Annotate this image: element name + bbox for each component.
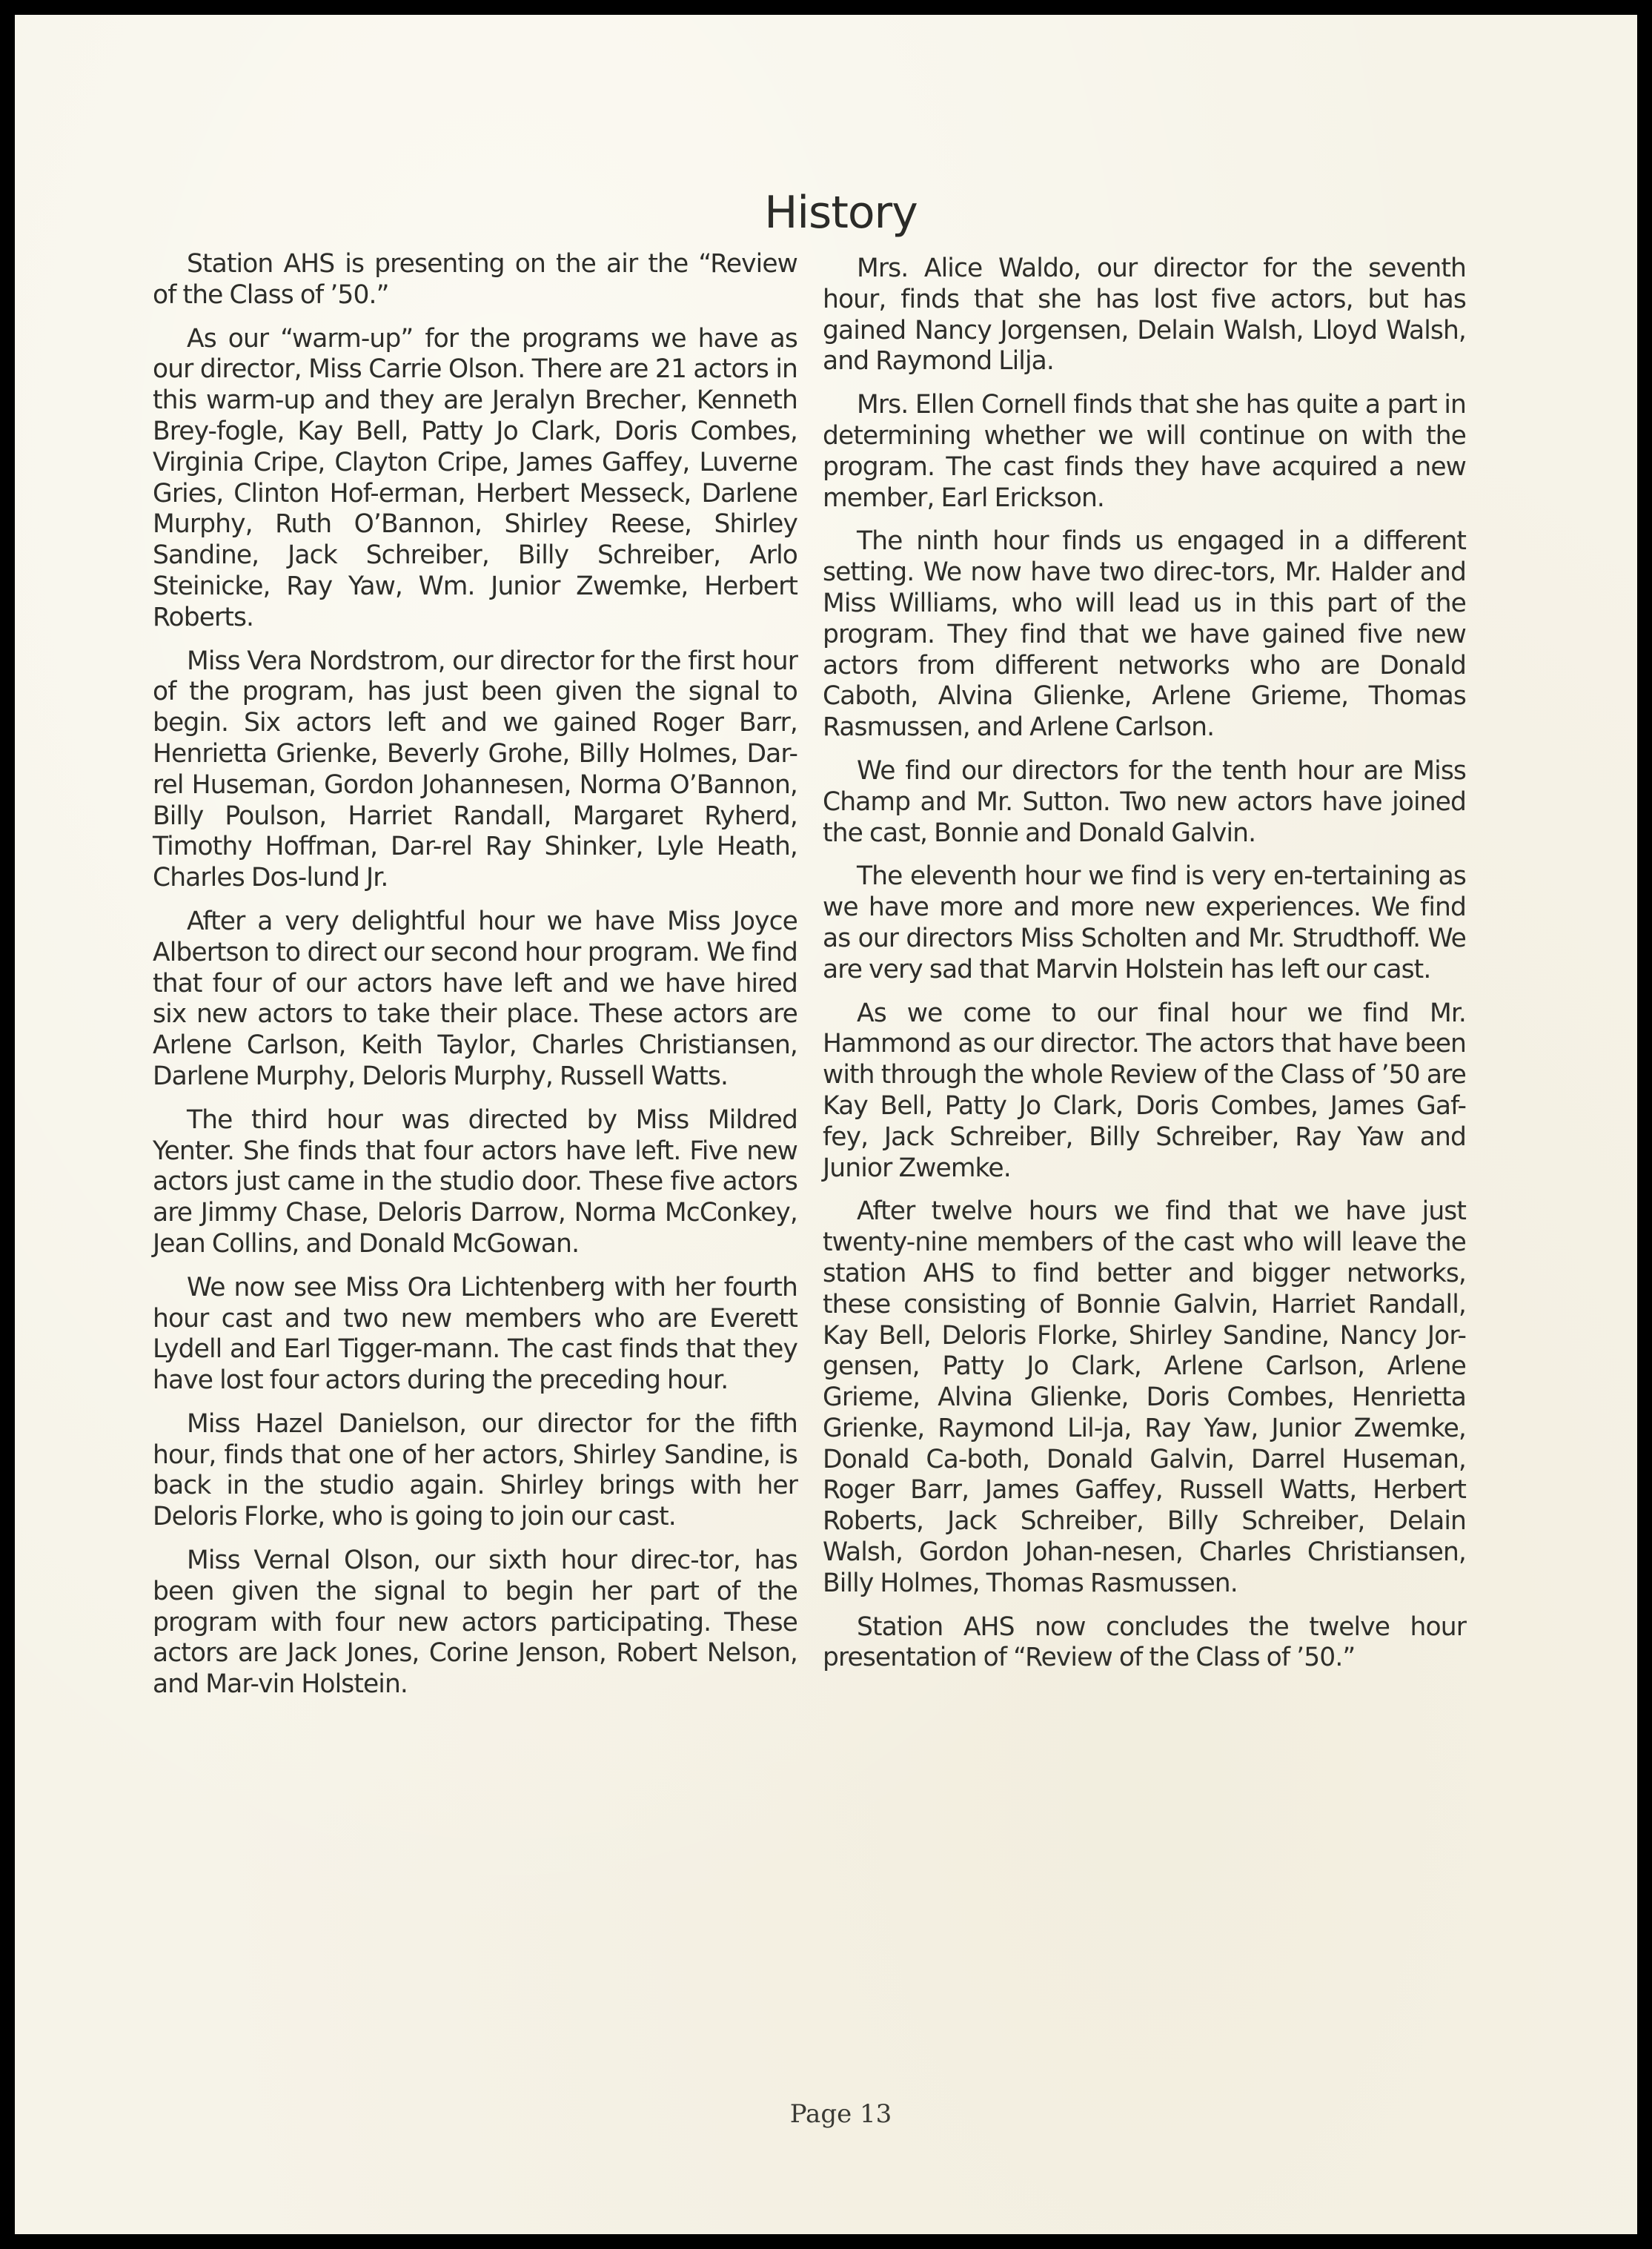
page-title: History — [15, 187, 1637, 239]
right-column: Mrs. Alice Waldo, our director for the s… — [823, 254, 1466, 1686]
paragraph: Station AHS is presenting on the air the… — [153, 249, 797, 311]
paragraph: Miss Vernal Olson, our sixth hour direc-… — [153, 1546, 797, 1700]
yearbook-page: History Station AHS is presenting on the… — [15, 15, 1637, 2234]
paragraph: We now see Miss Ora Lichtenberg with her… — [153, 1273, 797, 1397]
paragraph: After twelve hours we find that we have … — [823, 1196, 1466, 1599]
paragraph: Miss Vera Nordstrom, our director for th… — [153, 646, 797, 894]
paragraph: Station AHS now concludes the twelve hou… — [823, 1612, 1466, 1675]
paragraph: As our “warm-up” for the programs we hav… — [153, 324, 797, 634]
page-number: Page 13 — [15, 2099, 1637, 2129]
paragraph: As we come to our final hour we find Mr.… — [823, 998, 1466, 1185]
paragraph: The ninth hour finds us engaged in a dif… — [823, 526, 1466, 743]
paragraph: After a very delightful hour we have Mis… — [153, 907, 797, 1093]
paragraph: The eleventh hour we find is very en-ter… — [823, 861, 1466, 985]
paragraph: Miss Hazel Danielson, our director for t… — [153, 1409, 797, 1533]
paragraph: Mrs. Ellen Cornell finds that she has qu… — [823, 390, 1466, 514]
left-column: Station AHS is presenting on the air the… — [153, 249, 797, 1713]
paragraph: We find our directors for the tenth hour… — [823, 756, 1466, 849]
paragraph: Mrs. Alice Waldo, our director for the s… — [823, 254, 1466, 377]
paragraph: The third hour was directed by Miss Mild… — [153, 1105, 797, 1260]
